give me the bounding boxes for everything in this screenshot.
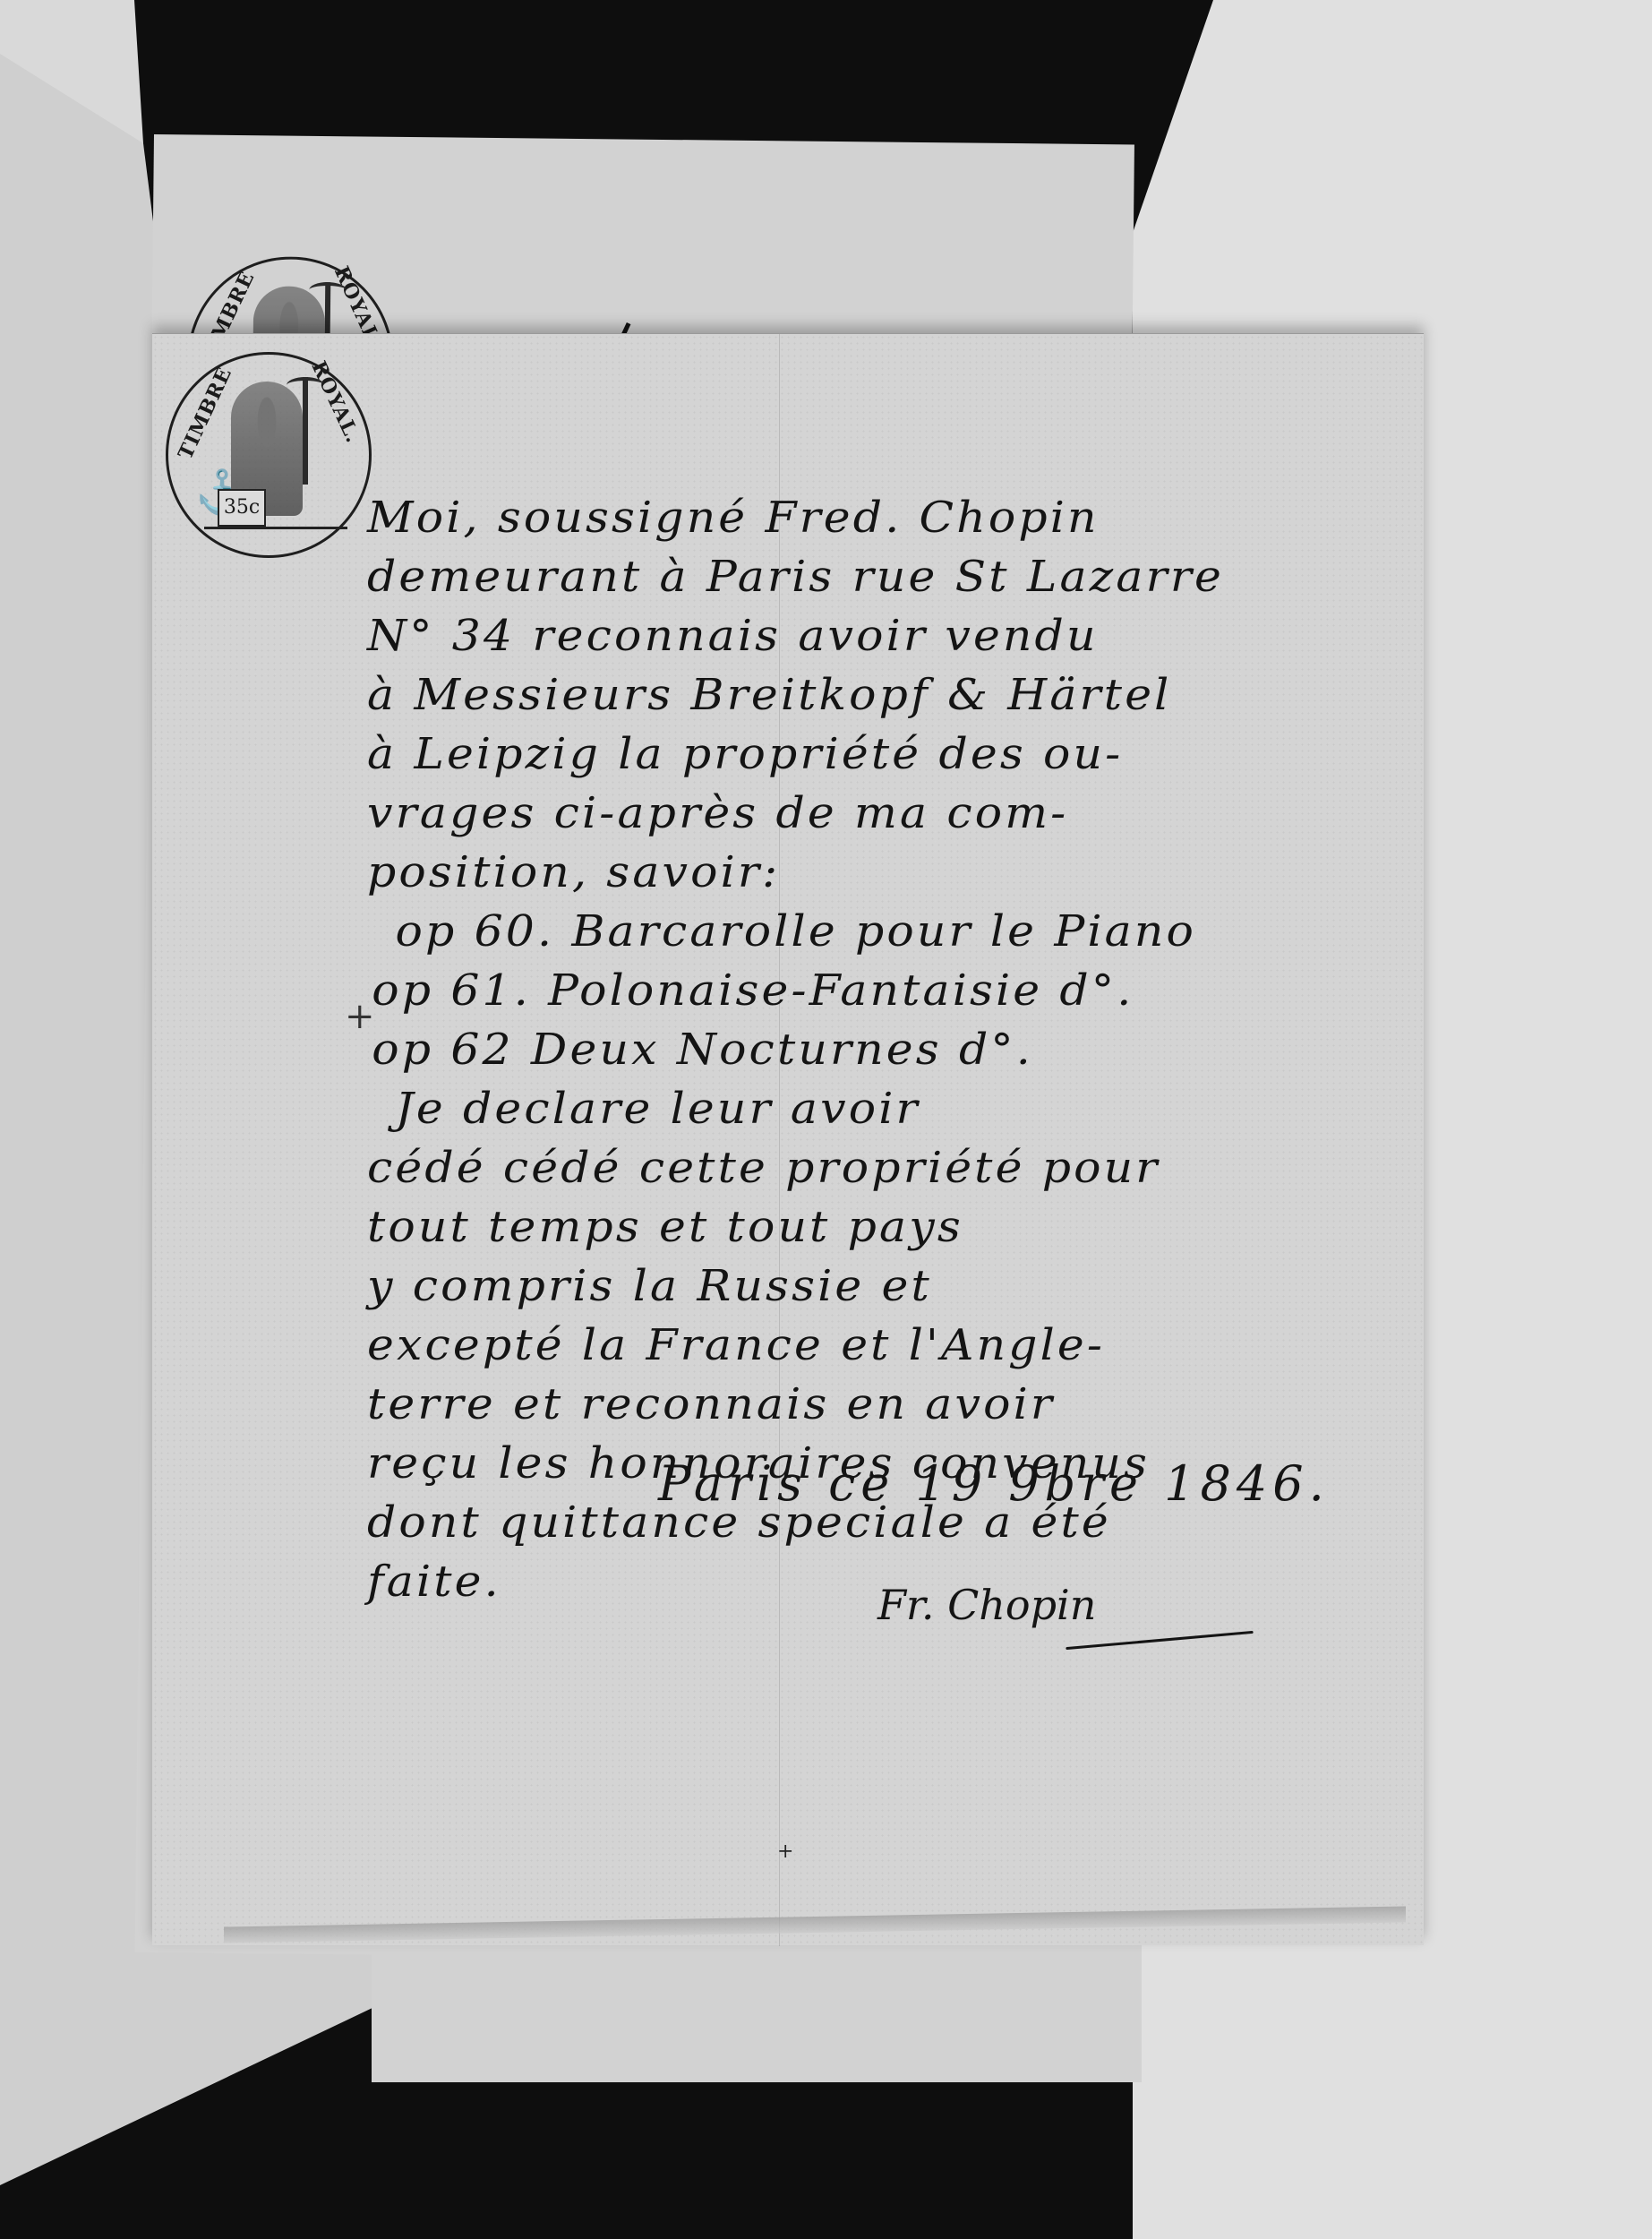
fold-cross-mark: + [777, 1840, 793, 1863]
stamp-label-right: ROYAL. [307, 357, 365, 447]
body-line: tout temps et tout pays [367, 1197, 1449, 1257]
stamp-value: 35c [218, 489, 266, 527]
body-line: cédé cédé cette propriété pour [367, 1138, 1449, 1197]
body-line: à Messieurs Breitkopf & Härtel [367, 665, 1449, 725]
royal-stamp: TIMBRE ROYAL. ⚓ 35c [166, 352, 372, 558]
letter-body: Moi, soussigné Fred. Chopin demeurant à … [367, 488, 1397, 1611]
body-line: vrages ci-après de ma com- [367, 784, 1449, 843]
body-line: y compris la Russie et [367, 1257, 1449, 1316]
margin-plus-mark: + [345, 996, 375, 1037]
signature: Fr. Chopin [877, 1581, 1096, 1629]
body-line: Je declare leur avoir [367, 1079, 1449, 1138]
back-sheet-lower-strip [372, 1926, 1142, 2082]
body-line: position, savoir: [367, 843, 1449, 902]
body-line: demeurant à Paris rue St Lazarre [367, 547, 1449, 606]
opus-line: op 62 Deux Nocturnes d°. [367, 1020, 1449, 1079]
opus-line: op 61. Polonaise-Fantaisie d°. [367, 961, 1449, 1020]
body-line: excepté la France et l'Angle- [367, 1316, 1449, 1375]
body-line: terre et reconnais en avoir [367, 1375, 1449, 1434]
body-line: à Leipzig la propriété des ou- [367, 725, 1449, 784]
date-line: Paris ce 19 9bre 1846. [658, 1455, 1330, 1512]
stamp-base-line [204, 527, 347, 529]
opus-line: op 60. Barcarolle pour le Piano [367, 902, 1449, 961]
body-line: N° 34 reconnais avoir vendu [367, 606, 1449, 665]
body-line: Moi, soussigné Fred. Chopin [367, 488, 1449, 547]
stamp-label-left: TIMBRE [174, 364, 236, 463]
caduceus-icon [303, 377, 308, 485]
